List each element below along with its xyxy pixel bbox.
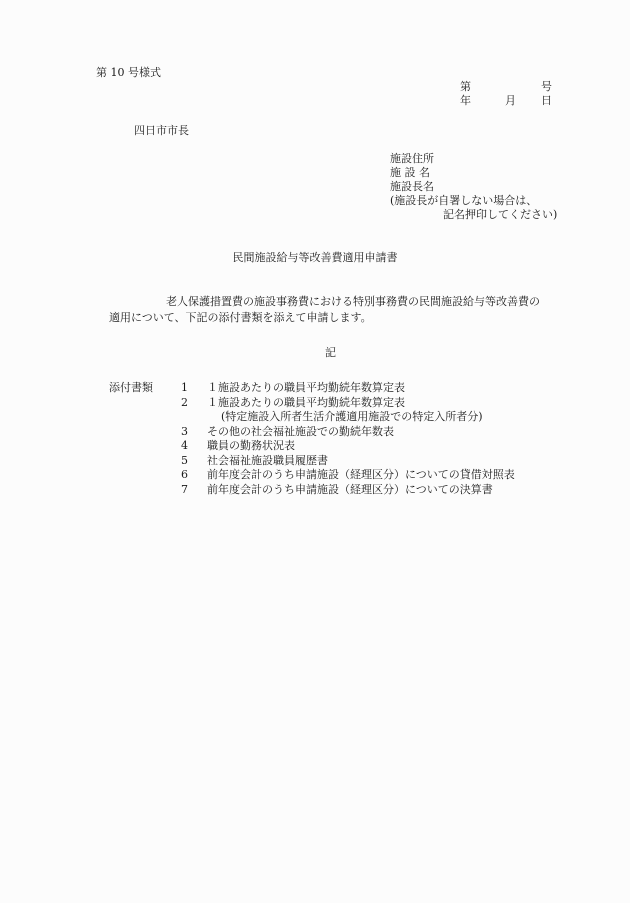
list-item: 6 前年度会計のうち申請施設（経理区分）についての貸借対照表	[181, 468, 515, 483]
item-number: 4	[181, 439, 207, 454]
date-month: 月	[505, 94, 541, 108]
item-text: １施設あたりの職員平均勤続年数算定表	[207, 381, 405, 396]
item-text: 社会福祉施設職員履歴書	[207, 454, 328, 469]
item-number: 6	[181, 468, 207, 483]
director-name-label: 施設長名	[390, 180, 557, 194]
item-text: 職員の勤務状況表	[207, 439, 295, 454]
document-number-line: 第 号	[460, 80, 552, 94]
item-text: １施設あたりの職員平均勤続年数算定表	[207, 396, 405, 411]
form-number: 第 10 号様式	[96, 66, 161, 80]
item-number: 5	[181, 454, 207, 469]
document-title-text: 民間施設給与等改善費適用申請書	[233, 251, 398, 264]
number-suffix: 号	[541, 80, 552, 94]
attachments-label: 添付書類	[109, 381, 153, 395]
list-item: 2 １施設あたりの職員平均勤続年数算定表	[181, 396, 515, 411]
date-year: 年	[460, 94, 505, 108]
signature-note-line2: 記名押印してください)	[390, 208, 557, 222]
date-line: 年 月 日	[460, 94, 552, 108]
addressee: 四日市市長	[134, 124, 189, 138]
item-number: 1	[181, 381, 207, 396]
item-text: その他の社会福祉施設での勤続年数表	[207, 425, 394, 440]
ki-heading: 記	[325, 346, 336, 360]
list-item-subtext: (特定施設入所者生活介護適用施設での特定入所者分)	[181, 410, 515, 425]
item-subtext: (特定施設入所者生活介護適用施設での特定入所者分)	[221, 410, 483, 425]
body-paragraph: 老人保護措置費の施設事務費における特別事務費の民間施設給与等改善費の 適用につい…	[109, 294, 569, 326]
facility-address-label: 施設住所	[390, 152, 557, 166]
facility-name-label: 施 設 名	[390, 166, 557, 180]
item-text: 前年度会計のうち申請施設（経理区分）についての貸借対照表	[207, 468, 515, 483]
body-line-1: 老人保護措置費の施設事務費における特別事務費の民間施設給与等改善費の	[109, 294, 569, 310]
item-text: 前年度会計のうち申請施設（経理区分）についての決算書	[207, 483, 493, 498]
item-number: 2	[181, 396, 207, 411]
number-date-block: 第 号 年 月 日	[460, 80, 552, 108]
body-line-2: 適用について、下記の添付書類を添えて申請します。	[109, 310, 569, 326]
date-day: 日	[541, 94, 552, 108]
attachments-list: 1 １施設あたりの職員平均勤続年数算定表 2 １施設あたりの職員平均勤続年数算定…	[181, 381, 515, 497]
item-number: 3	[181, 425, 207, 440]
signature-note-line1: (施設長が自署しない場合は、	[390, 194, 557, 208]
number-prefix: 第	[460, 80, 505, 94]
applicant-block: 施設住所 施 設 名 施設長名 (施設長が自署しない場合は、 記名押印してくださ…	[390, 152, 557, 222]
list-item: 3 その他の社会福祉施設での勤続年数表	[181, 425, 515, 440]
document-title: 民間施設給与等改善費適用申請書	[0, 251, 630, 265]
list-item: 5 社会福祉施設職員履歴書	[181, 454, 515, 469]
list-item: 7 前年度会計のうち申請施設（経理区分）についての決算書	[181, 483, 515, 498]
list-item: 4 職員の勤務状況表	[181, 439, 515, 454]
spacer	[505, 80, 541, 94]
item-number: 7	[181, 483, 207, 498]
list-item: 1 １施設あたりの職員平均勤続年数算定表	[181, 381, 515, 396]
